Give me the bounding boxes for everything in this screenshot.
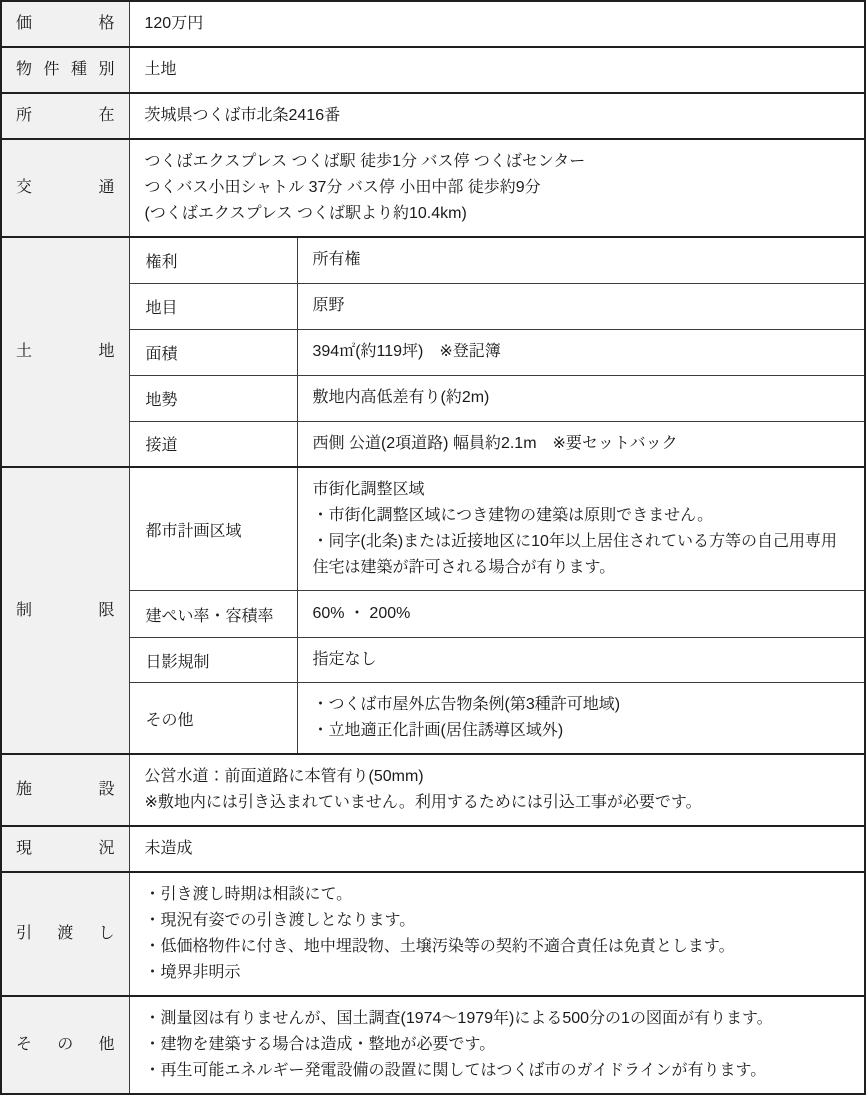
value-other-restrictions: ・つくば市屋外広告物条例(第3種許可地域) ・立地適正化計画(居住誘導区域外): [297, 683, 865, 755]
value-handover: ・引き渡し時期は相談にて。 ・現況有姿での引き渡しとなります。 ・低価格物件に付…: [129, 872, 865, 996]
value-other: ・測量図は有りませんが、国土調査(1974～1979年)による500分の1の図面…: [129, 996, 865, 1094]
table-row: 制限 都市計画区域 市街化調整区域 ・市街化調整区域につき建物の建築は原則できま…: [1, 467, 865, 591]
table-row: 物件種別 土地: [1, 47, 865, 93]
row-label-price: 価格: [1, 1, 129, 47]
row-label-text: 物件種別: [16, 60, 115, 80]
sub-label-rights: 権利: [129, 237, 297, 283]
value-rights: 所有権: [297, 237, 865, 283]
row-label-handover: 引渡し: [1, 872, 129, 996]
row-label-text: その他: [16, 1035, 115, 1055]
value-property-type: 土地: [129, 47, 865, 93]
sub-label-land-category: 地目: [129, 283, 297, 329]
row-label-land: 土地: [1, 237, 129, 467]
row-label-text: 交通: [16, 178, 115, 198]
table-row: 施設 公営水道：前面道路に本管有り(50mm) ※敷地内には引き込まれていません…: [1, 754, 865, 826]
row-label-text: 現況: [16, 839, 115, 859]
value-coverage-far: 60% ・ 200%: [297, 591, 865, 638]
table-row: その他 ・つくば市屋外広告物条例(第3種許可地域) ・立地適正化計画(居住誘導区…: [1, 683, 865, 755]
value-access: つくばエクスプレス つくば駅 徒歩1分 バス停 つくばセンター つくバス小田シャ…: [129, 139, 865, 237]
sub-label-city-planning: 都市計画区域: [129, 467, 297, 591]
row-label-current-status: 現況: [1, 826, 129, 872]
row-label-location: 所在: [1, 93, 129, 139]
row-label-property-type: 物件種別: [1, 47, 129, 93]
value-terrain: 敷地内高低差有り(約2m): [297, 375, 865, 421]
table-row: 現況 未造成: [1, 826, 865, 872]
property-spec-table: 価格 120万円 物件種別 土地 所在 茨城県つくば市北条2416番: [0, 0, 866, 1095]
table-row: その他 ・測量図は有りませんが、国土調査(1974～1979年)による500分の…: [1, 996, 865, 1094]
table-row: 地目 原野: [1, 283, 865, 329]
value-facilities: 公営水道：前面道路に本管有り(50mm) ※敷地内には引き込まれていません。利用…: [129, 754, 865, 826]
table-row: 価格 120万円: [1, 1, 865, 47]
row-label-text: 制限: [16, 601, 115, 621]
sub-label-coverage-far: 建ぺい率・容積率: [129, 591, 297, 638]
value-shade-regulation: 指定なし: [297, 638, 865, 683]
table-row: 所在 茨城県つくば市北条2416番: [1, 93, 865, 139]
row-label-access: 交通: [1, 139, 129, 237]
table-row: 地勢 敷地内高低差有り(約2m): [1, 375, 865, 421]
row-label-text: 土地: [16, 342, 115, 362]
sub-label-shade-regulation: 日影規制: [129, 638, 297, 683]
table-row: 土地 権利 所有権: [1, 237, 865, 283]
sub-label-terrain: 地勢: [129, 375, 297, 421]
row-label-text: 施設: [16, 780, 115, 800]
value-city-planning: 市街化調整区域 ・市街化調整区域につき建物の建築は原則できません。 ・同字(北条…: [297, 467, 865, 591]
row-label-text: 引渡し: [16, 924, 115, 944]
table-row: 交通 つくばエクスプレス つくば駅 徒歩1分 バス停 つくばセンター つくバス小…: [1, 139, 865, 237]
table-row: 接道 西側 公道(2項道路) 幅員約2.1m ※要セットバック: [1, 421, 865, 467]
row-label-other: その他: [1, 996, 129, 1094]
table-row: 引渡し ・引き渡し時期は相談にて。 ・現況有姿での引き渡しとなります。 ・低価格…: [1, 872, 865, 996]
sub-label-area: 面積: [129, 329, 297, 375]
value-road-access: 西側 公道(2項道路) 幅員約2.1m ※要セットバック: [297, 421, 865, 467]
row-label-text: 所在: [16, 106, 115, 126]
row-label-text: 価格: [16, 14, 115, 34]
table-row: 建ぺい率・容積率 60% ・ 200%: [1, 591, 865, 638]
value-land-category: 原野: [297, 283, 865, 329]
value-area: 394㎡(約119坪) ※登記簿: [297, 329, 865, 375]
row-label-facilities: 施設: [1, 754, 129, 826]
sub-label-road-access: 接道: [129, 421, 297, 467]
table-row: 日影規制 指定なし: [1, 638, 865, 683]
table-row: 面積 394㎡(約119坪) ※登記簿: [1, 329, 865, 375]
value-price: 120万円: [129, 1, 865, 47]
value-location: 茨城県つくば市北条2416番: [129, 93, 865, 139]
value-current-status: 未造成: [129, 826, 865, 872]
row-label-restrictions: 制限: [1, 467, 129, 754]
sub-label-other-restrictions: その他: [129, 683, 297, 755]
